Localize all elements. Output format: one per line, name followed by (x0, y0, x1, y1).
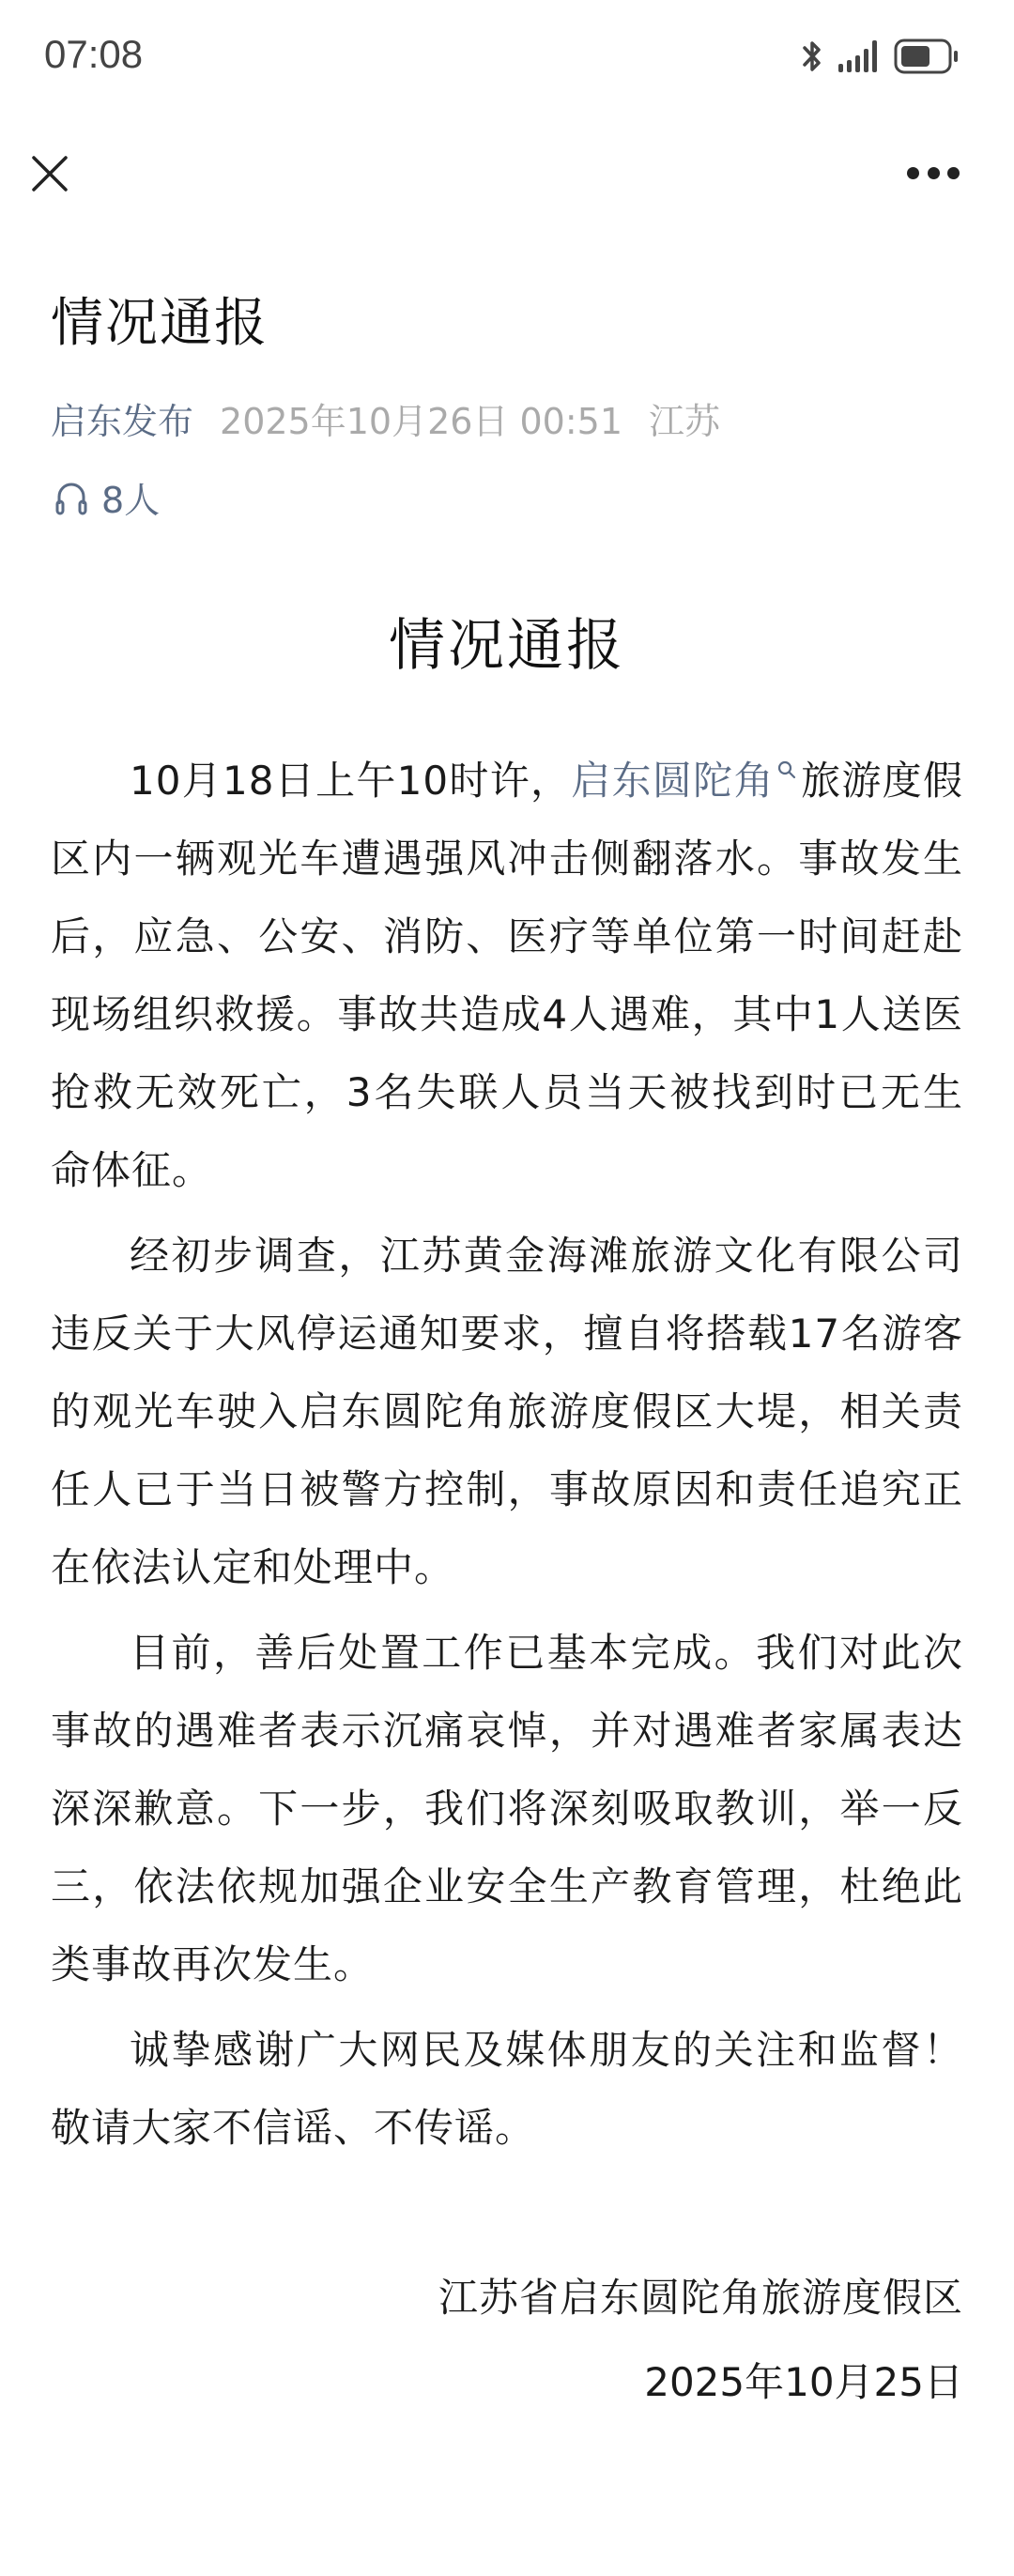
status-time: 07:08 (44, 32, 143, 77)
listen-count-label: 8人 (101, 471, 160, 523)
battery-icon (894, 38, 960, 75)
article-title: 情况通报 (51, 282, 269, 357)
publish-region: 江苏 (649, 392, 720, 444)
more-icon-dot (947, 167, 960, 179)
search-icon[interactable] (776, 759, 797, 780)
more-icon-dot (928, 167, 940, 179)
paragraph-text: 旅游度假区内一辆观光车遭遇强风冲击侧翻落水。事故发生后，应急、公安、消防、医疗等… (51, 758, 963, 1193)
bluetooth-icon (800, 38, 824, 75)
status-bar: 07:08 (0, 0, 1014, 113)
listen-count[interactable]: 8人 (54, 471, 160, 523)
headphones-icon (54, 480, 88, 515)
close-button[interactable] (28, 152, 71, 195)
more-button[interactable] (907, 161, 960, 184)
author-link[interactable]: 启东发布 (51, 392, 193, 444)
place-search-link[interactable]: 启东圆陀角 (571, 758, 774, 804)
more-icon-dot (907, 167, 919, 179)
nav-bar (0, 131, 1014, 216)
article-meta: 启东发布 2025年10月26日 00:51 江苏 (51, 392, 720, 444)
article-body: 10月18日上午10时许，启东圆陀角旅游度假区内一辆观光车遭遇强风冲击侧翻落水。… (51, 742, 963, 2167)
status-icons (800, 38, 960, 75)
signal-icon (837, 39, 881, 73)
paragraph-text: 10月18日上午10时许， (130, 758, 571, 804)
close-icon (28, 152, 71, 195)
paragraph: 10月18日上午10时许，启东圆陀角旅游度假区内一辆观光车遭遇强风冲击侧翻落水。… (51, 742, 963, 1209)
paragraph: 诚挚感谢广大网民及媒体朋友的关注和监督！敬请大家不信谣、不传谣。 (51, 2011, 963, 2167)
publish-datetime: 2025年10月26日 00:51 (220, 392, 622, 444)
document-heading: 情况通报 (0, 601, 1014, 682)
paragraph: 目前，善后处置工作已基本完成。我们对此次事故的遇难者表示沉痛哀悼，并对遇难者家属… (51, 1614, 963, 2003)
signature-org: 江苏省启东圆陀角旅游度假区 (438, 2267, 963, 2323)
paragraph: 经初步调查，江苏黄金海滩旅游文化有限公司违反关于大风停运通知要求，擅自将搭载17… (51, 1217, 963, 1606)
signature-date: 2025年10月25日 (644, 2352, 963, 2408)
